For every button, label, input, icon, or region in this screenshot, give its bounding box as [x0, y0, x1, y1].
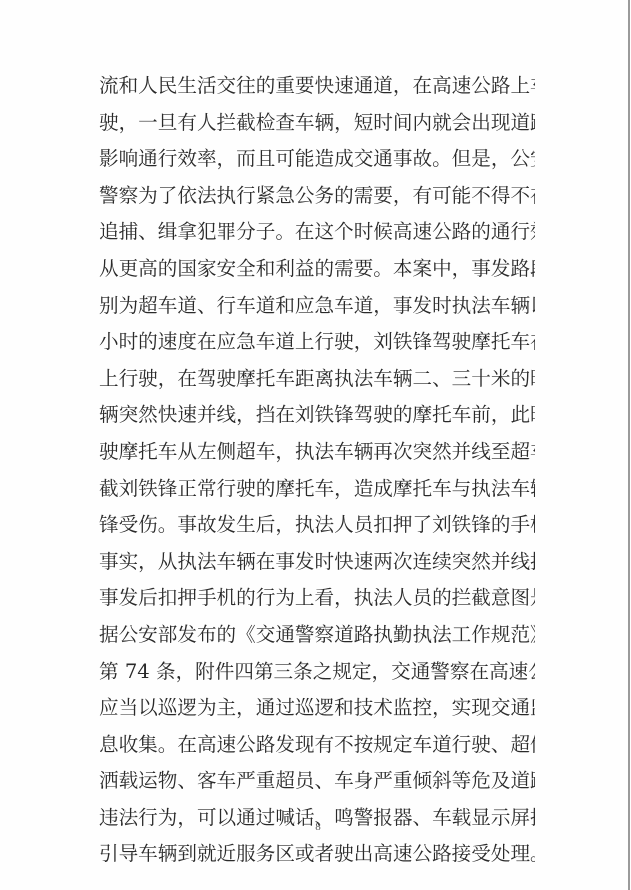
text-line: 影响通行效率，而且可能造成交通事故。但是，公安机关的人民	[99, 141, 535, 178]
text-line: 追捕、缉拿犯罪分子。在这个时候高速公路的通行效率就必须服	[99, 214, 535, 251]
text-line: 洒载运物、客车严重超员、车身严重倾斜等危及道路通行安全的	[99, 763, 535, 800]
text-line: 应当以巡逻为主，通过巡逻和技术监控，实现交通监控和违法信	[99, 690, 535, 727]
text-line: 事实，从执法车辆在事发时快速两次连续突然并线拦截的行为及	[99, 544, 535, 581]
text-line: 警察为了依法执行紧急公务的需要，有可能不得不在高速公路上	[99, 178, 535, 215]
text-line: 驶摩托车从左侧超车，执法车辆再次突然并线至超车道，强行拦	[99, 434, 535, 471]
text-line: 上行驶，在驾驶摩托车距离执法车辆二、三十米的时候，执法车	[99, 361, 535, 398]
text-line: 事发后扣押手机的行为上看，执法人员的拦截意图是明显的。根	[99, 580, 535, 617]
text-line: 小时的速度在应急车道上行驶，刘铁锋驾驶摩托车在右侧行车道	[99, 324, 535, 361]
text-line: 截刘铁锋正常行驶的摩托车，造成摩托车与执法车辆相撞，刘铁	[99, 471, 535, 508]
text-line: 从更高的国家安全和利益的需要。本案中，事发路段从左至右分	[99, 251, 535, 288]
text-line: 流和人民生活交往的重要快速通道，在高速公路上车辆高速行	[99, 68, 535, 105]
text-line: 息收集。在高速公路发现有不按规定车道行驶、超低速行驶、遗	[99, 727, 535, 764]
text-line: 第 74 条，附件四第三条之规定，交通警察在高速公路上执勤时	[99, 654, 535, 691]
document-page: 流和人民生活交往的重要快速通道，在高速公路上车辆高速行 驶，一旦有人拦截检查车辆…	[0, 0, 628, 890]
text-line: 辆突然快速并线，挡在刘铁锋驾驶的摩托车前，此时，刘铁锋驾	[99, 397, 535, 434]
page-edge-divider	[628, 0, 630, 890]
body-text: 流和人民生活交往的重要快速通道，在高速公路上车辆高速行 驶，一旦有人拦截检查车辆…	[99, 68, 535, 873]
text-line: 别为超车道、行车道和应急车道，事发时执法车辆以 40 公里/	[99, 288, 535, 325]
text-line: 据公安部发布的《交通警察道路执勤执法工作规范》第 36 条、	[99, 617, 535, 654]
text-line: 引导车辆到就近服务区或者驶出高速公路接受处理。交通警察在	[99, 836, 535, 873]
text-line: 驶，一旦有人拦截检查车辆，短时间内就会出现道路拥堵，不但	[99, 105, 535, 142]
page-number: 8	[300, 821, 336, 833]
text-line: 锋受伤。事故发生后，执法人员扣押了刘铁锋的手机。基于上述	[99, 507, 535, 544]
